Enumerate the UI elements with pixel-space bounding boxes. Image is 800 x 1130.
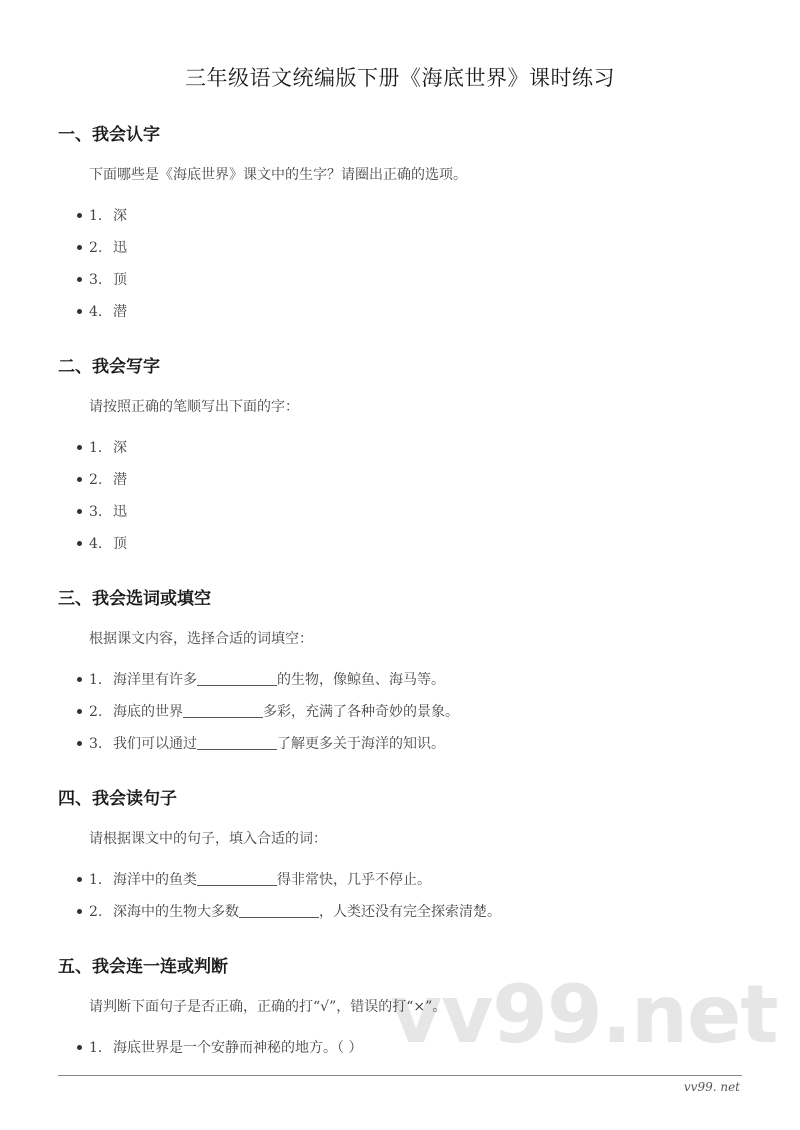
bullet-icon (77, 445, 82, 450)
list-item: 1.海底世界是一个安静而神秘的地方。（ ） (58, 1032, 758, 1064)
list-item: 1.海洋里有许多的生物，像鲸鱼、海马等。 (58, 664, 758, 696)
bullet-icon (77, 309, 82, 314)
item-number: 1. (89, 664, 113, 696)
bullet-icon (77, 1045, 82, 1050)
section-read-sentences: 四、我会读句子 请根据课文中的句子，填入合适的词： 1.海洋中的鱼类得非常快，几… (58, 786, 758, 928)
item-text-after: 得非常快，几乎不停止。 (277, 872, 431, 888)
item-list: 1.海洋中的鱼类得非常快，几乎不停止。 2.深海中的生物大多数，人类还没有完全探… (58, 864, 758, 928)
list-item: 1.海洋中的鱼类得非常快，几乎不停止。 (58, 864, 758, 896)
bullet-icon (77, 677, 82, 682)
section-write-characters: 二、我会写字 请按照正确的笔顺写出下面的字： 1.深 2.潜 3.迅 4.顶 (58, 354, 758, 560)
item-number: 4. (89, 296, 113, 328)
list-item: 3.迅 (58, 496, 758, 528)
section-heading: 二、我会写字 (58, 354, 758, 380)
item-text: 深 (113, 440, 127, 456)
item-text-after: 的生物，像鲸鱼、海马等。 (277, 672, 445, 688)
bullet-icon (77, 477, 82, 482)
item-number: 1. (89, 864, 113, 896)
list-item: 3.顶 (58, 264, 758, 296)
item-number: 2. (89, 232, 113, 264)
answer-blank[interactable] (197, 669, 277, 686)
item-text-before: 深海中的生物大多数 (113, 904, 239, 920)
item-text-before: 海洋中的鱼类 (113, 872, 197, 888)
item-number: 1. (89, 200, 113, 232)
item-text: 潜 (113, 304, 127, 320)
item-list: 1.深 2.迅 3.顶 4.潜 (58, 200, 758, 328)
list-item: 3.我们可以通过了解更多关于海洋的知识。 (58, 728, 758, 760)
section-judge-sentences: 五、我会连一连或判断 请判断下面句子是否正确，正确的打“√”，错误的打“×”。 … (58, 954, 758, 1064)
list-item: 4.顶 (58, 528, 758, 560)
bullet-icon (77, 877, 82, 882)
list-item: 2.海底的世界多彩，充满了各种奇妙的景象。 (58, 696, 758, 728)
answer-blank[interactable] (197, 733, 277, 750)
item-number: 3. (89, 728, 113, 760)
section-instruction: 请按照正确的笔顺写出下面的字： (89, 396, 758, 418)
bullet-icon (77, 541, 82, 546)
footer-divider (58, 1075, 742, 1076)
section-heading: 四、我会读句子 (58, 786, 758, 812)
item-number: 3. (89, 496, 113, 528)
section-instruction: 根据课文内容，选择合适的词填空： (89, 628, 758, 650)
section-fill-in-words: 三、我会选词或填空 根据课文内容，选择合适的词填空： 1.海洋里有许多的生物，像… (58, 586, 758, 760)
bullet-icon (77, 277, 82, 282)
bullet-icon (77, 245, 82, 250)
item-text: 顶 (113, 536, 127, 552)
answer-blank[interactable] (183, 701, 263, 718)
item-text: 深 (113, 208, 127, 224)
section-instruction: 请根据课文中的句子，填入合适的词： (89, 828, 758, 850)
section-recognize-characters: 一、我会认字 下面哪些是《海底世界》课文中的生字？请圈出正确的选项。 1.深 2… (58, 122, 758, 328)
item-number: 1. (89, 1032, 113, 1064)
list-item: 2.深海中的生物大多数，人类还没有完全探索清楚。 (58, 896, 758, 928)
item-text: 海底世界是一个安静而神秘的地方。（ ） (113, 1040, 362, 1056)
item-number: 2. (89, 896, 113, 928)
list-item: 4.潜 (58, 296, 758, 328)
bullet-icon (77, 709, 82, 714)
item-text-after: 了解更多关于海洋的知识。 (277, 736, 445, 752)
section-heading: 三、我会选词或填空 (58, 586, 758, 612)
item-text-after: ，人类还没有完全探索清楚。 (319, 904, 501, 920)
bullet-icon (77, 909, 82, 914)
item-number: 2. (89, 696, 113, 728)
item-text-before: 我们可以通过 (113, 736, 197, 752)
item-text-before: 海底的世界 (113, 704, 183, 720)
section-instruction: 请判断下面句子是否正确，正确的打“√”，错误的打“×”。 (89, 996, 758, 1018)
item-text: 迅 (113, 504, 127, 520)
bullet-icon (77, 509, 82, 514)
item-text-after: 多彩，充满了各种奇妙的景象。 (263, 704, 459, 720)
list-item: 2.潜 (58, 464, 758, 496)
section-heading: 一、我会认字 (58, 122, 758, 148)
list-item: 1.深 (58, 200, 758, 232)
item-list: 1.海洋里有许多的生物，像鲸鱼、海马等。 2.海底的世界多彩，充满了各种奇妙的景… (58, 664, 758, 760)
bullet-icon (77, 741, 82, 746)
footer-site-label: vv99. net (684, 1080, 740, 1094)
item-text-before: 海洋里有许多 (113, 672, 197, 688)
item-text: 潜 (113, 472, 127, 488)
item-number: 2. (89, 464, 113, 496)
document-title: 三年级语文统编版下册《海底世界》课时练习 (0, 62, 800, 92)
list-item: 2.迅 (58, 232, 758, 264)
bullet-icon (77, 213, 82, 218)
list-item: 1.深 (58, 432, 758, 464)
item-text: 迅 (113, 240, 127, 256)
answer-blank[interactable] (239, 901, 319, 918)
item-list: 1.海底世界是一个安静而神秘的地方。（ ） (58, 1032, 758, 1064)
section-heading: 五、我会连一连或判断 (58, 954, 758, 980)
item-number: 4. (89, 528, 113, 560)
item-text: 顶 (113, 272, 127, 288)
item-number: 1. (89, 432, 113, 464)
section-instruction: 下面哪些是《海底世界》课文中的生字？请圈出正确的选项。 (89, 164, 758, 186)
answer-blank[interactable] (197, 869, 277, 886)
item-number: 3. (89, 264, 113, 296)
item-list: 1.深 2.潜 3.迅 4.顶 (58, 432, 758, 560)
